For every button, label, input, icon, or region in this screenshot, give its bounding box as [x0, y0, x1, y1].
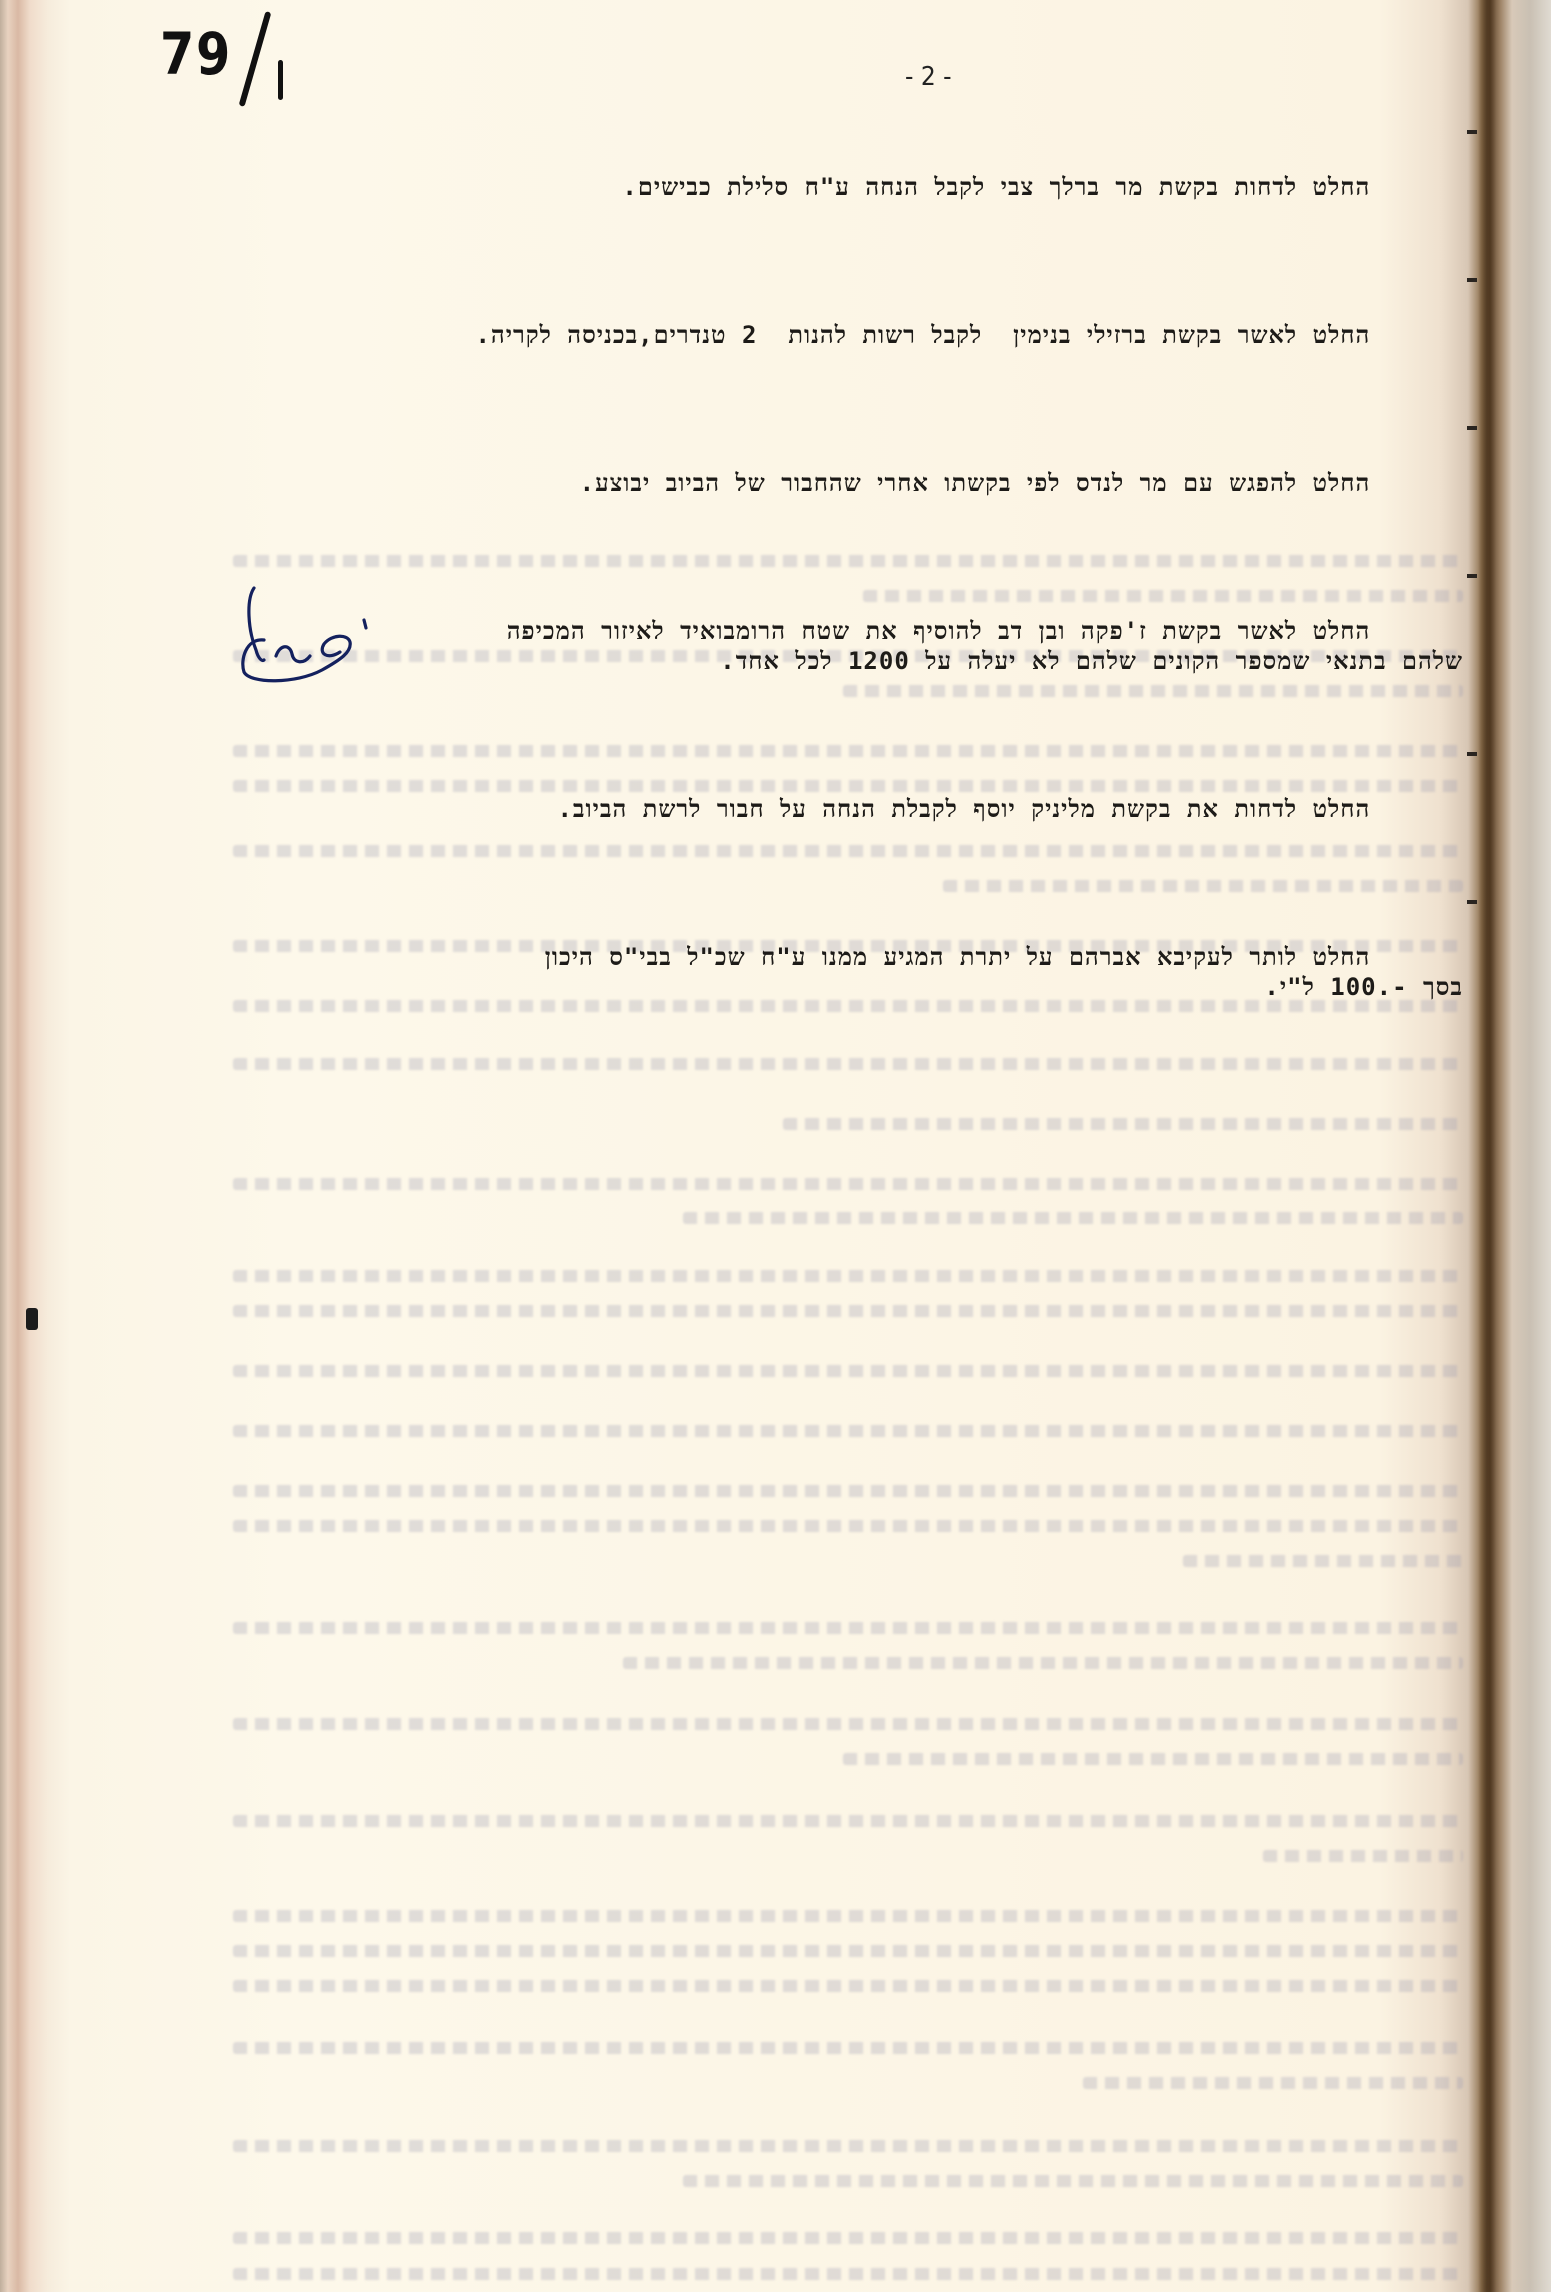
show-through-line	[233, 2140, 1463, 2152]
signature-icon	[236, 580, 386, 690]
bullet-dash-icon	[1467, 278, 1477, 282]
resolution-text: החלט לותר לעקיבא אברהם על יתרת המגיע ממנ…	[545, 943, 1463, 1001]
show-through-line	[233, 1980, 1463, 1992]
show-through-line	[233, 2042, 1463, 2054]
page-number: - 2 -	[905, 62, 952, 92]
show-through-line	[1183, 1555, 1463, 1567]
show-through-line	[843, 1753, 1463, 1765]
show-through-line	[233, 1270, 1463, 1282]
resolution-text: החלט לאשר בקשת ז'פקה ובן דב להוסיף את שט…	[507, 617, 1463, 675]
show-through-line	[233, 1425, 1463, 1437]
resolution-item: החלט לותר לעקיבא אברהם על יתרת המגיע ממנ…	[233, 882, 1463, 1032]
show-through-line	[233, 1718, 1463, 1730]
resolution-item: החלט לאשר בקשת ז'פקה ובן דב להוסיף את שט…	[233, 556, 1463, 706]
show-through-line	[233, 1910, 1463, 1922]
resolution-text: החלט לאשר בקשת ברזילי בנימין לקבל רשות ל…	[475, 321, 1370, 349]
show-through-line	[1263, 1850, 1463, 1862]
bullet-dash-icon	[1467, 426, 1477, 430]
resolution-text: החלט לדחות בקשת מר ברלך צבי לקבל הנחה ע"…	[622, 173, 1370, 201]
show-through-line	[233, 1622, 1463, 1634]
resolution-item: החלט לאשר בקשת ברזילי בנימין לקבל רשות ל…	[233, 260, 1463, 380]
folio-slash	[239, 11, 272, 107]
show-through-line	[233, 1365, 1463, 1377]
show-through-line	[233, 1945, 1463, 1957]
resolution-item: החלט לדחות את בקשת מליניק יוסף לקבלת הנח…	[233, 734, 1463, 854]
resolution-item: החלט להפגש עם מר לנדס לפי בקשתו אחרי שהח…	[233, 408, 1463, 528]
show-through-line	[233, 1520, 1463, 1532]
show-through-line	[623, 1657, 1463, 1669]
bullet-dash-icon	[1467, 900, 1477, 904]
show-through-line	[233, 1815, 1463, 1827]
bullet-dash-icon	[1467, 130, 1477, 134]
resolutions-list: החלט לדחות בקשת מר ברלך צבי לקבל הנחה ע"…	[233, 112, 1463, 1060]
show-through-line	[683, 1212, 1463, 1224]
folio-sub-number	[278, 60, 283, 100]
show-through-line	[233, 1485, 1463, 1497]
show-through-line	[233, 1305, 1463, 1317]
resolution-text: החלט להפגש עם מר לנדס לפי בקשתו אחרי שהח…	[580, 469, 1371, 497]
show-through-line	[233, 1178, 1463, 1190]
show-through-line	[233, 2232, 1463, 2244]
show-through-line	[1083, 2077, 1463, 2089]
show-through-line	[683, 2175, 1463, 2187]
binding-spine	[1478, 0, 1496, 2292]
document-page: 79 - 2 - החלט לדחות בקשת מר ברלך צבי לקב…	[0, 0, 1551, 2292]
bullet-dash-icon	[1467, 574, 1477, 578]
folio-number: 79	[160, 20, 232, 88]
resolution-text: החלט לדחות את בקשת מליניק יוסף לקבלת הנח…	[557, 795, 1370, 823]
bullet-dash-icon	[1467, 752, 1477, 756]
show-through-line	[233, 2268, 1463, 2280]
resolution-item: החלט לדחות בקשת מר ברלך צבי לקבל הנחה ע"…	[233, 112, 1463, 232]
binding-hole-mark	[26, 1308, 38, 1330]
show-through-line	[783, 1118, 1463, 1130]
